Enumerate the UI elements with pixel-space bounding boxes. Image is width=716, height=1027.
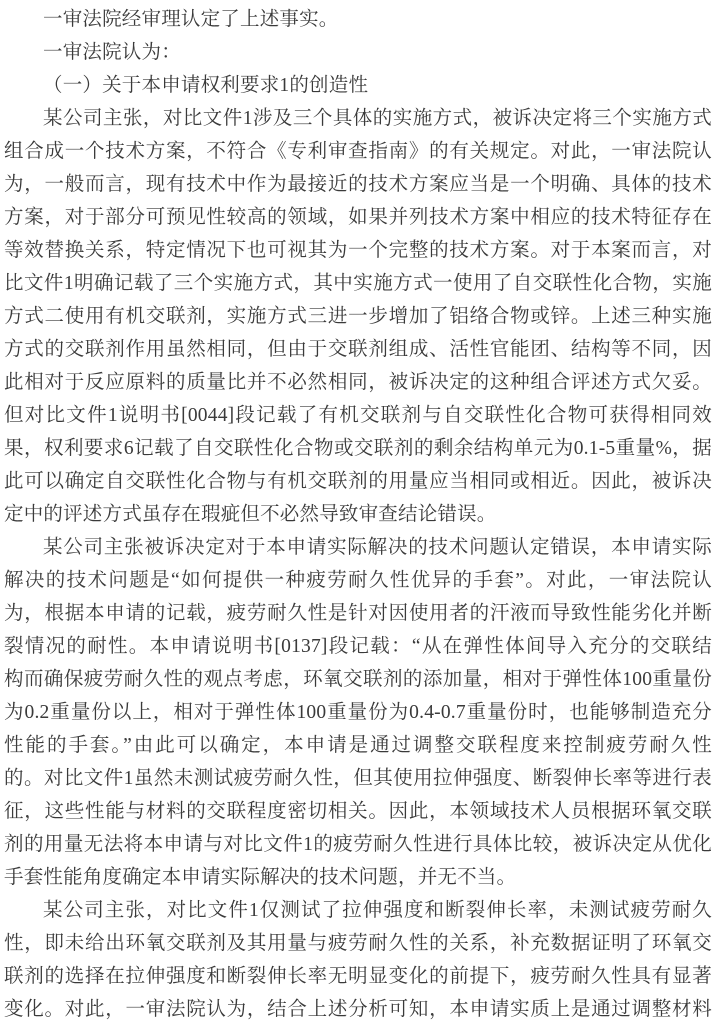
text-line: 定中的评述方式虽存在瑕疵但不必然导致审查结论错误。 <box>4 498 712 531</box>
text-line: 方案，对于部分可预见性较高的领域，如果并列技术方案中相应的技术特征存在 <box>4 201 712 234</box>
text-line: 方式二使用有机交联剂，实施方式三进一步增加了铝络合物或锌。上述三种实施 <box>4 300 712 333</box>
text-line: 解决的技术问题是“如何提供一种疲劳耐久性优异的手套”。对此，一审法院认 <box>4 564 712 597</box>
text-line: 组合成一个技术方案，不符合《专利审查指南》的有关规定。对此，一审法院认 <box>4 135 712 168</box>
text-line: 裂情况的耐性。本申请说明书[0137]段记载：“从在弹性体间导入充分的交联结 <box>4 630 712 663</box>
paragraph: 某公司主张被诉决定对于本申请实际解决的技术问题认定错误，本申请实际解决的技术问题… <box>4 531 712 894</box>
text-line: 为，一般而言，现有技术中作为最接近的技术方案应当是一个明确、具体的技术 <box>4 168 712 201</box>
text-line: 方式的交联剂作用虽然相同，但由于交联剂组成、活性官能团、结构等不同，因 <box>4 333 712 366</box>
text-line: 征，这些性能与材料的交联程度密切相关。因此，本领域技术人员根据环氧交联 <box>4 795 712 828</box>
text-line: （一）关于本申请权利要求1的创造性 <box>4 69 712 102</box>
document-page: 一审法院经审理认定了上述事实。一审法院认为：（一）关于本申请权利要求1的创造性某… <box>0 0 716 1027</box>
paragraph: 一审法院经审理认定了上述事实。 <box>4 3 712 36</box>
text-line: 果，权利要求6记载了自交联性化合物或交联剂的剩余结构单元为0.1-5重量%，据 <box>4 432 712 465</box>
text-line: 此可以确定自交联性化合物与有机交联剂的用量应当相同或相近。因此，被诉决 <box>4 465 712 498</box>
text-line: 剂的用量无法将本申请与对比文件1的疲劳耐久性进行具体比较，被诉决定从优化 <box>4 828 712 861</box>
text-line: 一审法院认为： <box>4 36 712 69</box>
text-line: 性，即未给出环氧交联剂及其用量与疲劳耐久性的关系，补充数据证明了环氧交 <box>4 927 712 960</box>
text-line: 联剂的选择在拉伸强度和断裂伸长率无明显变化的前提下，疲劳耐久性具有显著 <box>4 960 712 993</box>
text-line: 性能的手套。”由此可以确定，本申请是通过调整交联程度来控制疲劳耐久性 <box>4 729 712 762</box>
text-line: 此相对于反应原料的质量比并不必然相同，被诉决定的这种组合评述方式欠妥。 <box>4 366 712 399</box>
text-line: 的。对比文件1虽然未测试疲劳耐久性，但其使用拉伸强度、断裂伸长率等进行表 <box>4 762 712 795</box>
text-line: 变化。对此，一审法院认为，结合上述分析可知，本申请实质上是通过调整材料 <box>4 993 712 1026</box>
text-line: 某公司主张，对比文件1涉及三个具体的实施方式，被诉决定将三个实施方式 <box>4 102 712 135</box>
text-line: 等效替换关系，特定情况下也可视其为一个完整的技术方案。对于本案而言，对 <box>4 234 712 267</box>
text-line: 为，根据本申请的记载，疲劳耐久性是针对因使用者的汗液而导致性能劣化并断 <box>4 597 712 630</box>
paragraph: 某公司主张，对比文件1涉及三个具体的实施方式，被诉决定将三个实施方式组合成一个技… <box>4 102 712 531</box>
paragraph: （一）关于本申请权利要求1的创造性 <box>4 69 712 102</box>
text-line: 为0.2重量份以上，相对于弹性体100重量份为0.4-0.7重量份时，也能够制造… <box>4 696 712 729</box>
text-line: 一审法院经审理认定了上述事实。 <box>4 3 712 36</box>
text-line: 手套性能角度确定本申请实际解决的技术问题，并无不当。 <box>4 861 712 894</box>
text-line: 比文件1明确记载了三个实施方式，其中实施方式一使用了自交联性化合物，实施 <box>4 267 712 300</box>
text-line: 构而确保疲劳耐久性的观点考虑，环氧交联剂的添加量，相对于弹性体100重量份 <box>4 663 712 696</box>
text-line: 但对比文件1说明书[0044]段记载了有机交联剂与自交联性化合物可获得相同效 <box>4 399 712 432</box>
document-body: 一审法院经审理认定了上述事实。一审法院认为：（一）关于本申请权利要求1的创造性某… <box>4 3 712 1026</box>
paragraph: 某公司主张，对比文件1仅测试了拉伸强度和断裂伸长率，未测试疲劳耐久性，即未给出环… <box>4 894 712 1026</box>
text-line: 某公司主张被诉决定对于本申请实际解决的技术问题认定错误，本申请实际 <box>4 531 712 564</box>
paragraph: 一审法院认为： <box>4 36 712 69</box>
text-line: 某公司主张，对比文件1仅测试了拉伸强度和断裂伸长率，未测试疲劳耐久 <box>4 894 712 927</box>
